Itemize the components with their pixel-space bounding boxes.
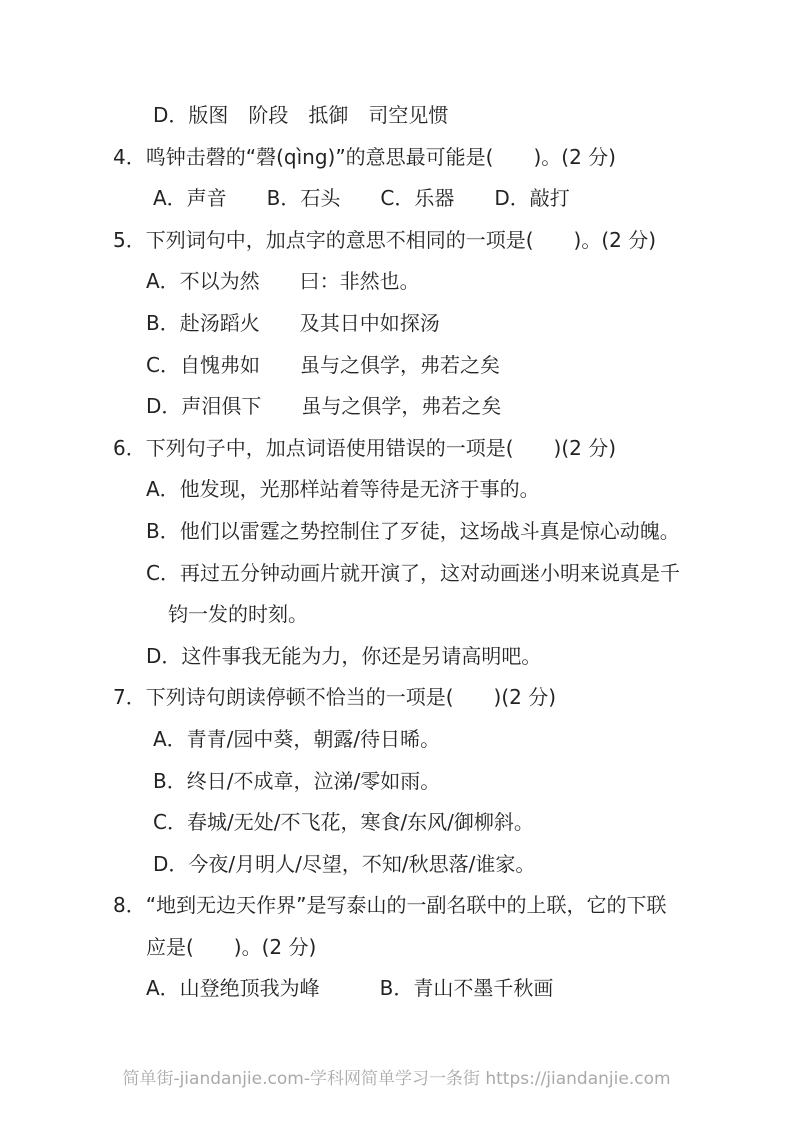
question-6-stem: 6．下列句子中，加点词语使用错误的一项是( )(2 分): [0, 428, 793, 470]
question-6-option-b: B．他们以雷霆之势控制住了歹徒，这场战斗真是惊心动魄。: [0, 511, 793, 553]
test-paper-page: D．版图 阶段 抵御 司空见惯 4．鸣钟击磬的“磬(qìng)”的意思最可能是(…: [0, 0, 793, 1122]
question-5-option-a: A．不以为然 曰：非然也。: [0, 261, 793, 303]
question-5-stem: 5．下列词句中，加点字的意思不相同的一项是( )。(2 分): [0, 220, 793, 262]
question-8-stem-line1: 8．“地到无边天作界”是写泰山的一副名联中的上联，它的下联: [0, 885, 793, 927]
question-7-option-c: C．春城/无处/不飞花，寒食/东风/御柳斜。: [0, 802, 793, 844]
question-7-stem: 7．下列诗句朗读停顿不恰当的一项是( )(2 分): [0, 677, 793, 719]
question-6-option-d: D．这件事我无能为力，你还是另请高明吧。: [0, 636, 793, 678]
question-7-option-b: B．终日/不成章，泣涕/零如雨。: [0, 761, 793, 803]
questions-section: D．版图 阶段 抵御 司空见惯 4．鸣钟击磬的“磬(qìng)”的意思最可能是(…: [0, 95, 793, 1010]
question-6-option-c-line2: 钧一发的时刻。: [0, 594, 793, 636]
question-6-option-a: A．他发现，光那样站着等待是无济于事的。: [0, 469, 793, 511]
question-5-option-c: C．自愧弗如 虽与之俱学，弗若之矣: [0, 345, 793, 387]
question-6-option-c-line1: C．再过五分钟动画片就开演了，这对动画迷小明来说真是千: [0, 553, 793, 595]
question-5-option-b: B．赴汤蹈火 及其日中如探汤: [0, 303, 793, 345]
question-5-option-d: D．声泪俱下 虽与之俱学，弗若之矣: [0, 386, 793, 428]
question-4-stem: 4．鸣钟击磬的“磬(qìng)”的意思最可能是( )。(2 分): [0, 137, 793, 179]
question-7-option-d: D．今夜/月明人/尽望，不知/秋思落/谁家。: [0, 844, 793, 886]
question-8-stem-line2: 应是( )。(2 分): [0, 927, 793, 969]
question-7-option-a: A．青青/园中葵，朝露/待日晞。: [0, 719, 793, 761]
question-8-options: A．山登绝顶我为峰 B．青山不墨千秋画: [0, 968, 793, 1010]
question-4-options: A．声音 B．石头 C．乐器 D．敲打: [0, 178, 793, 220]
footer-watermark: 简单街-jiandanjie.com-学科网简单学习一条街 https://ji…: [0, 1068, 793, 1090]
question-3-option-d: D．版图 阶段 抵御 司空见惯: [0, 95, 793, 137]
